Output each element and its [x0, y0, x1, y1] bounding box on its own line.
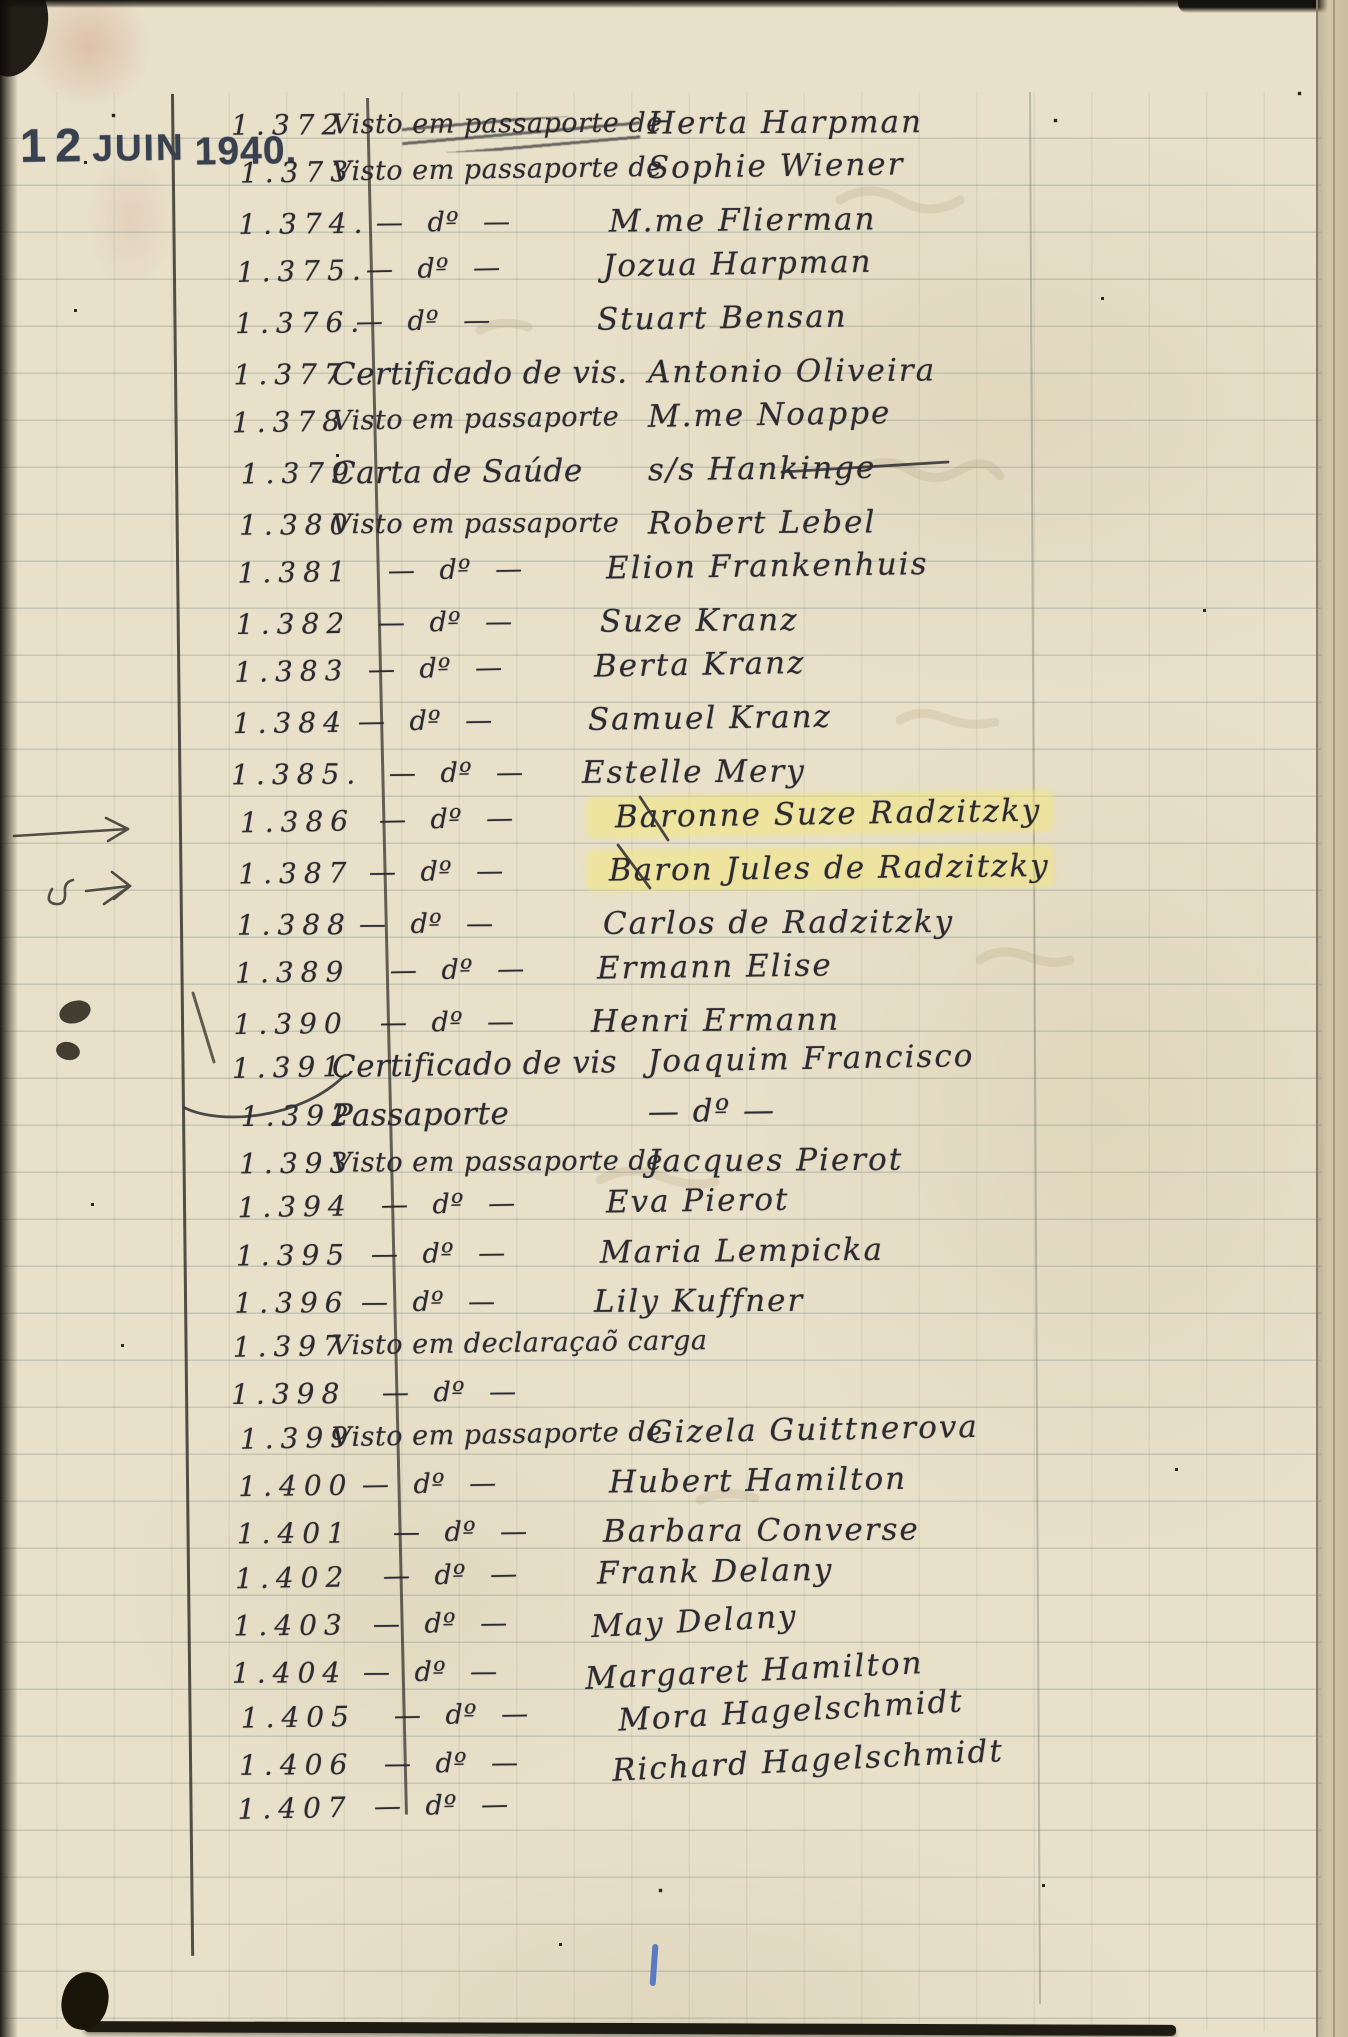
entry-name: Frank Delany — [597, 1548, 834, 1596]
rows-layer: 1.372Visto em passaporte deHerta Harpman… — [0, 0, 1348, 2037]
entry-name: s/s Hankinge — [648, 446, 877, 492]
entry-number: 1.395 — [236, 1233, 352, 1278]
entry-number: 1.387 — [238, 851, 354, 896]
entry-name: Jozua Harpman — [603, 240, 873, 289]
entry-name: Herta Harpman — [648, 100, 923, 145]
entry-number: 1.391 — [232, 1045, 348, 1091]
entry-text: Certificado de vis — [332, 1041, 618, 1090]
ditto-mark: — dº — — [369, 850, 505, 895]
ditto-mark: — dº — — [381, 1182, 517, 1228]
entry-text: Passaporte — [332, 1091, 510, 1137]
ditto-mark: — dº — — [383, 1552, 519, 1598]
entry-name: Estelle Mery — [582, 749, 806, 795]
entry-number: 1.383 — [234, 649, 350, 695]
entry-name: Lily Kuffner — [594, 1279, 805, 1324]
ditto-mark: — dº — — [380, 1001, 516, 1046]
ledger-row: 1.376.— dº —Stuart Bensan — [0, 289, 1332, 351]
entry-number: 1.384 — [232, 701, 348, 746]
ditto-mark: — dº — — [394, 1692, 530, 1738]
entry-number: 1.402 — [235, 1555, 351, 1601]
ditto-mark: — dº — — [390, 948, 526, 994]
entry-number: 1.375. — [236, 249, 368, 295]
entry-name: Gizela Guittnerova — [647, 1405, 979, 1455]
entry-name: Samuel Kranz — [588, 695, 832, 742]
ledger-row: 1.387— dº —Baron Jules de Radzitzky — [0, 841, 1332, 901]
page-edge-right-line — [1333, 0, 1335, 2037]
ditto-mark: — dº — — [356, 299, 492, 345]
entry-name: Baron Jules de Radzitzky — [609, 844, 1050, 893]
entry-name: Suze Kranz — [600, 598, 799, 644]
entry-number: 1.396 — [234, 1281, 349, 1326]
ditto-mark: — dº — — [373, 1602, 509, 1647]
ditto-mark: — dº — — [368, 646, 504, 692]
entry-number: 1.405 — [240, 1695, 356, 1741]
entry-name: Stuart Bensan — [597, 295, 848, 342]
entry-number: 1.394 — [237, 1185, 353, 1231]
ditto-mark: — dº — — [358, 699, 494, 745]
entry-number: 1.382 — [236, 602, 352, 647]
entry-number: 1.372 — [231, 103, 346, 148]
entry-text: Visto em passaporte — [332, 395, 620, 444]
entry-name: M.me Noappe — [648, 391, 892, 439]
page-edge-right — [1316, 0, 1348, 2037]
entry-name: May Delany — [590, 1594, 799, 1649]
ditto-mark: — dº — — [376, 201, 512, 246]
ditto-mark: — dº — — [393, 1511, 528, 1556]
entry-name: Joaquim Francisco — [647, 1034, 974, 1084]
ditto-mark: — dº — — [371, 1231, 507, 1276]
entry-text: Visto em declaraçaõ carga — [332, 1319, 708, 1368]
entry-text: Visto em passaporte — [332, 502, 620, 548]
entry-number: 1.403 — [233, 1603, 349, 1648]
ditto-mark: — dº — — [366, 246, 502, 292]
entry-number: 1.381 — [237, 550, 353, 596]
ditto-mark: — dº — — [378, 601, 514, 646]
ditto-mark: — dº — — [384, 1741, 520, 1786]
ledger-row: 1.384— dº —Samuel Kranz — [0, 689, 1332, 751]
ditto-mark: — dº — — [362, 1462, 498, 1508]
entry-number: 1.398 — [231, 1372, 347, 1417]
entry-name: Maria Lempicka — [600, 1227, 884, 1274]
entry-number: 1.390 — [233, 1002, 349, 1047]
entry-number: 1.385. — [231, 752, 362, 797]
entry-number: 1.400 — [238, 1464, 354, 1509]
ledger-row: 1.379Carta de Saúdes/s Hankinge — [0, 441, 1332, 501]
ditto-mark: — dº — — [389, 751, 524, 796]
entry-name: — dº — — [648, 1088, 777, 1134]
paper-specks — [0, 0, 1, 1]
binding-shadow — [0, 0, 18, 2037]
ditto-mark: — dº — — [363, 1651, 498, 1696]
entry-number: 1.374. — [238, 202, 369, 247]
entry-number: 1.389 — [235, 950, 351, 996]
entry-name: Elion Frankenhuis — [606, 542, 929, 590]
entry-number: 1.404 — [232, 1651, 347, 1696]
entry-name: M.me Flierman — [609, 197, 877, 243]
entry-text: Visto em passaporte de — [332, 1139, 663, 1185]
ditto-mark: — dº — — [382, 1371, 518, 1416]
ditto-mark: — dº — — [388, 548, 524, 594]
entry-number: 1.406 — [239, 1743, 355, 1788]
ditto-mark: — dº — — [374, 1783, 510, 1829]
ditto-mark: — dº — — [361, 1280, 496, 1325]
ditto-mark: — dº — — [359, 902, 494, 947]
entry-name: Baronne Suze Radzitzky — [615, 789, 1042, 840]
entry-number: 1.401 — [237, 1512, 352, 1557]
entry-text: Visto em passaporte de — [332, 146, 663, 195]
entry-name: Ermann Elise — [597, 943, 833, 990]
entry-name: Antonio Oliveira — [648, 348, 937, 394]
entry-name: Berta Kranz — [594, 641, 806, 689]
entry-name: Hubert Hamilton — [609, 1457, 908, 1505]
entry-text: Visto em passaporte de — [332, 1410, 663, 1460]
entry-text: Carta de Saúde — [332, 449, 583, 496]
entry-text: Certificado de vis. — [332, 351, 628, 397]
ledger-page: 12JUIN1940. 1.372Visto em passaporte deH… — [0, 0, 1348, 2037]
entry-name: Sophie Wiener — [648, 142, 905, 190]
entry-name: Robert Lebel — [648, 500, 877, 545]
entry-name: Eva Pierot — [606, 1178, 790, 1225]
entry-number: 1.376. — [235, 301, 367, 347]
page-edge-top — [0, 0, 1348, 8]
entry-number: 1.386 — [240, 799, 356, 845]
entry-number: 1.378 — [232, 400, 348, 446]
entry-number: 1.407 — [237, 1786, 353, 1832]
entry-number: 1.388 — [237, 903, 352, 948]
ditto-mark: — dº — — [379, 797, 515, 843]
entry-name: Carlos de Radzitzky — [603, 900, 954, 946]
